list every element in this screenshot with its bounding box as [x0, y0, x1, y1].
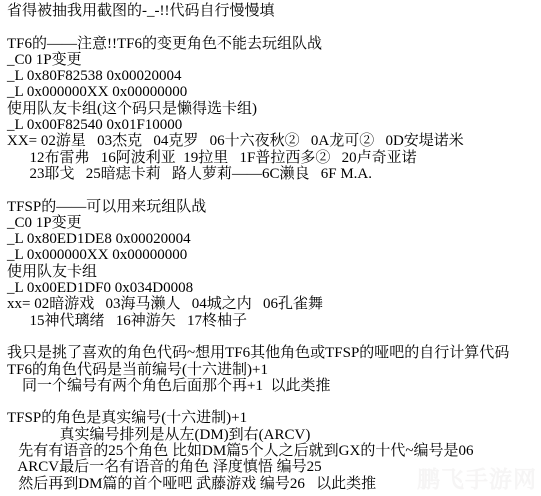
text-line: XX= 02游星 03杰克 04克罗 06十六夜秋② 0A龙可② 0D安堤诺米 [7, 133, 541, 149]
site-watermark: 鹏飞手游网 [417, 461, 537, 494]
text-line: TF6的角色代码是当前编号(十六进制)+1 [7, 362, 541, 378]
text-line: TFSP的角色是真实编号(十六进制)+1 [7, 410, 541, 426]
text-line: 先有有语音的25个角色 比如DM篇5个人之后就到GX的十代~编号是06 [7, 443, 541, 459]
page: { "colors": { "background": "#ffffff", "… [0, 0, 541, 496]
text-line: _L 0x000000XX 0x00000000 [7, 84, 541, 100]
text-line [7, 394, 541, 410]
text-line: 使用队友卡组(这个码只是懒得选卡组) [7, 101, 541, 117]
text-line [7, 329, 541, 345]
text-line: _L 0x80F82538 0x00020004 [7, 68, 541, 84]
text-line: 省得被抽我用截图的-_-!!代码自行慢慢填 [7, 3, 541, 19]
text-line: xx= 02暗游戏 03海马濑人 04城之内 06孔雀舞 [7, 296, 541, 312]
text-line: 使用队友卡组 [7, 264, 541, 280]
text-line: TF6的——注意!!TF6的变更角色不能去玩组队战 [7, 36, 541, 52]
text-line: 我只是挑了喜欢的角色代码~想用TF6其他角色或TFSP的哑吧的自行计算代码 [7, 345, 541, 361]
text-line: 真实编号排列是从左(DM)到右(ARCV) [7, 427, 541, 443]
text-line: _L 0x000000XX 0x00000000 [7, 247, 541, 263]
text-line: _C0 1P变更 [7, 215, 541, 231]
document-text: 省得被抽我用截图的-_-!!代码自行慢慢填 TF6的——注意!!TF6的变更角色… [7, 3, 541, 492]
text-line: _C0 1P变更 [7, 52, 541, 68]
text-line: 15神代璃绪 16神游矢 17柊柚子 [7, 313, 541, 329]
text-line [7, 19, 541, 35]
text-line: _L 0x00ED1DF0 0x034D0008 [7, 280, 541, 296]
text-line: 23耶戈 25暗痣卡莉 路人萝莉——6C濑良 6F M.A. [7, 166, 541, 182]
text-line [7, 182, 541, 198]
text-line: _L 0x80ED1DE8 0x00020004 [7, 231, 541, 247]
text-line: 12布雷弗 16阿波利亚 19拉里 1F普拉西多② 20卢奇亚诺 [7, 150, 541, 166]
text-line: 同一个编号有两个角色后面那个再+1 以此类推 [7, 378, 541, 394]
text-line: TFSP的——可以用来玩组队战 [7, 199, 541, 215]
text-line: _L 0x00F82540 0x01F10000 [7, 117, 541, 133]
